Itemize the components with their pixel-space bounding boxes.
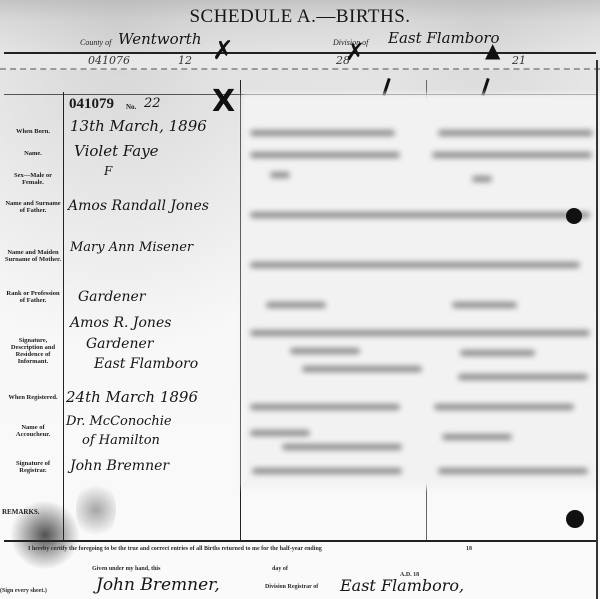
entry-number: 22	[144, 96, 161, 111]
entry-when-born: 13th March, 1896	[70, 117, 207, 135]
entry-accoucheur-line1: Dr. McConochie	[66, 414, 172, 429]
label-rank: Rank or Profession of Father.	[4, 290, 62, 304]
label-informant: Signature, Description and Residence of …	[4, 337, 62, 365]
stain-smudge	[76, 480, 116, 540]
entry-rank: Gardener	[78, 289, 145, 305]
x-mark-icon: X	[212, 84, 235, 119]
entry-accoucheur-line2: of Hamilton	[82, 433, 160, 448]
label-mother: Name and Maiden Surname of Mother.	[4, 249, 62, 263]
entry-informant-line2: Gardener	[86, 336, 153, 352]
stain-smudge	[10, 500, 80, 570]
ink-blot	[566, 510, 584, 528]
page-right-edge	[596, 60, 598, 599]
county-label: County of	[80, 38, 111, 47]
label-name: Name.	[4, 150, 62, 157]
entry-informant-line3: East Flamboro	[94, 356, 198, 372]
previous-col3: 21	[512, 54, 526, 67]
table-bottom-rule	[4, 540, 596, 542]
label-when-registered: When Registered.	[4, 394, 62, 401]
certification-year-prefix: 18	[466, 546, 472, 552]
label-column-divider	[63, 92, 64, 540]
page-title: SCHEDULE A.—BIRTHS.	[0, 6, 600, 28]
x-mark-icon: ✗	[345, 38, 365, 66]
x-mark-icon: ✗	[212, 36, 234, 66]
entry-father: Amos Randall Jones	[68, 198, 209, 214]
division-registrar-value: East Flamboro,	[340, 576, 464, 595]
certification-text: I hereby certify the foregoing to be the…	[28, 546, 322, 552]
label-accoucheur: Name of Accoucheur.	[4, 424, 62, 438]
division-value: East Flamboro	[388, 29, 500, 47]
ink-blot	[566, 208, 582, 224]
entry-when-registered: 24th March 1896	[66, 388, 198, 406]
registration-number: 041079	[69, 96, 114, 113]
entry-informant-line1: Amos R. Jones	[70, 315, 171, 331]
registrar-signature: John Bremner,	[96, 575, 220, 595]
previous-reg-number: 041076	[88, 54, 130, 67]
county-value: Wentworth	[118, 30, 202, 48]
division-registrar-label: Division Registrar of	[265, 584, 318, 590]
birth-register-page: SCHEDULE A.—BIRTHS. County of Wentworth …	[0, 0, 600, 599]
sign-every-sheet-note: (Sign every sheet.)	[0, 588, 47, 594]
x-mark-icon: ▲	[485, 38, 500, 62]
entry-sex: F	[104, 164, 112, 178]
entry-name: Violet Faye	[74, 142, 159, 160]
label-when-born: When Born.	[4, 128, 62, 135]
column-divider-1	[240, 80, 241, 540]
label-registrar: Signature of Registrar.	[4, 460, 62, 474]
entry-mother: Mary Ann Misener	[70, 240, 193, 255]
redacted-entries-region	[242, 94, 600, 488]
entry-registrar: John Bremner	[70, 458, 169, 474]
given-under-hand-text: Given under my hand, this	[92, 566, 160, 572]
previous-no: 12	[178, 54, 192, 67]
label-father: Name and Surname of Father.	[4, 200, 62, 214]
label-sex: Sex—Male or Female.	[4, 172, 62, 186]
day-of-text: day of	[272, 566, 288, 572]
no-label: No.	[126, 103, 136, 111]
